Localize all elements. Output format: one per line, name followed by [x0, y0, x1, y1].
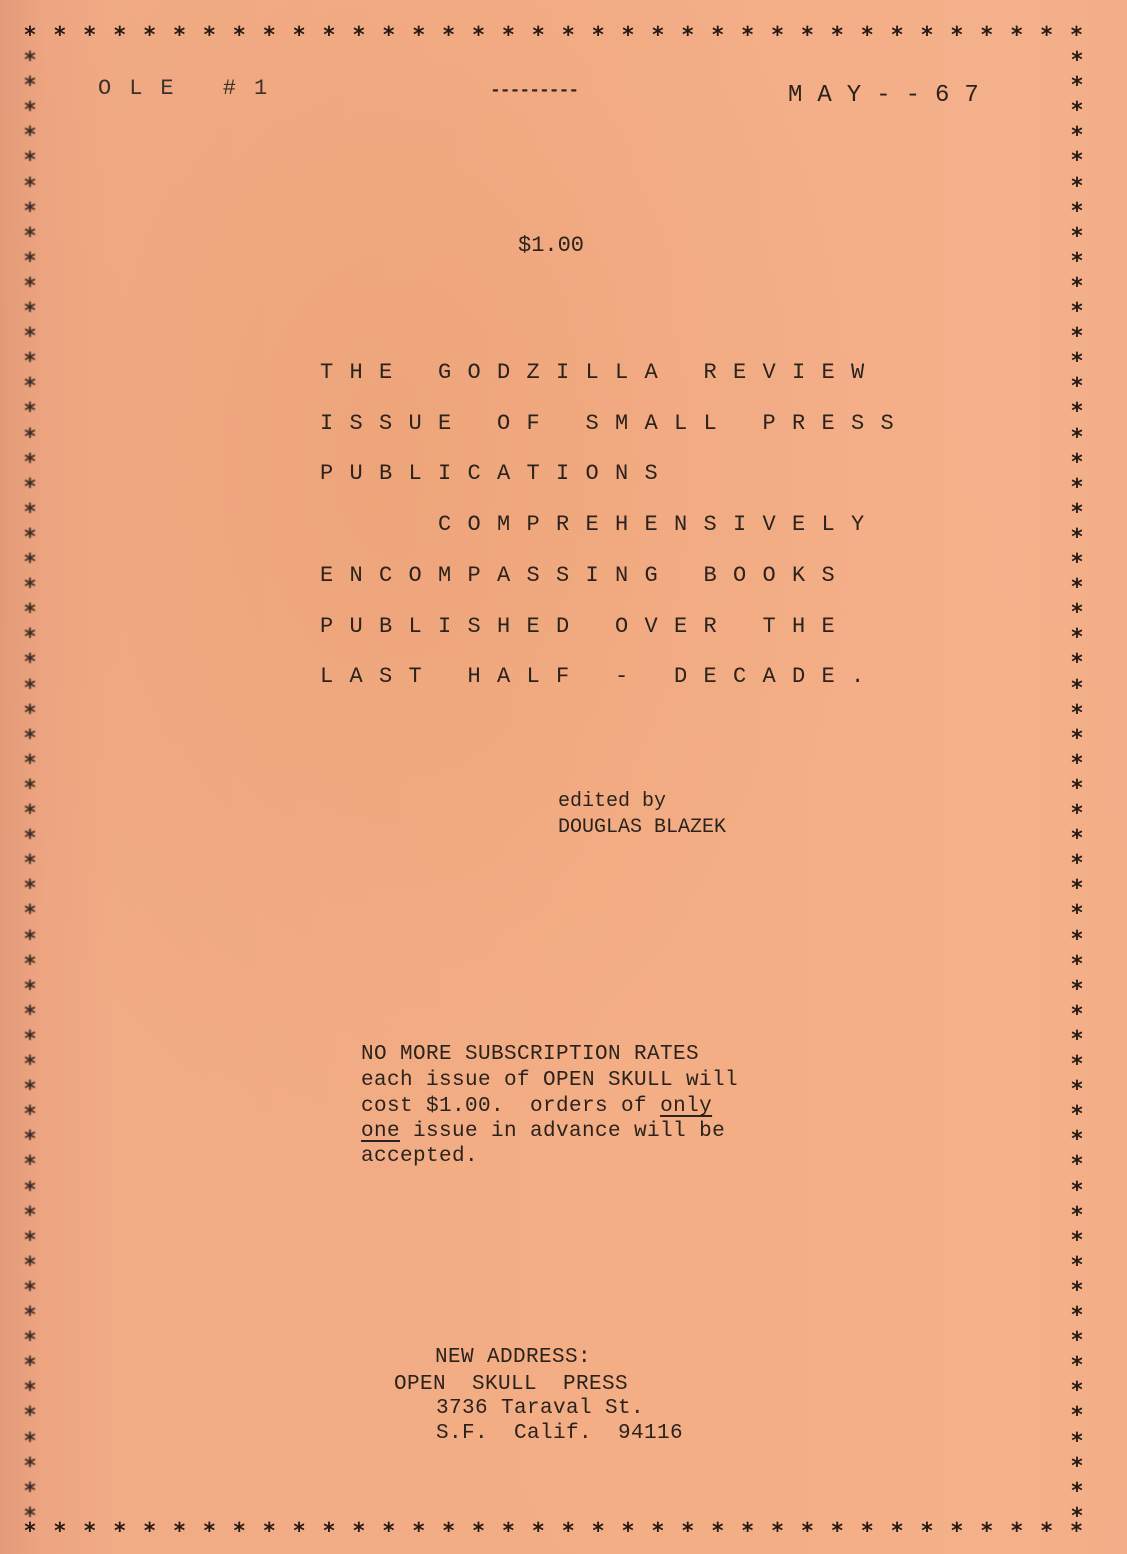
border-asterisk: * [23, 1129, 36, 1151]
border-asterisk: * [143, 25, 156, 47]
border-asterisk: * [53, 1521, 66, 1543]
border-asterisk: * [23, 1205, 36, 1227]
border-asterisk: * [1070, 954, 1083, 976]
border-asterisk: * [23, 828, 36, 850]
border-asterisk: * [23, 201, 36, 223]
border-asterisk: * [23, 100, 36, 122]
border-asterisk: * [23, 50, 36, 72]
title-line-6: PUBLISHED OVER THE [320, 616, 851, 638]
notice-line-5: accepted. [361, 1146, 478, 1167]
border-asterisk: * [472, 25, 485, 47]
address-heading: NEW ADDRESS: [435, 1347, 591, 1368]
border-asterisk: * [23, 376, 36, 398]
border-asterisk: * [1070, 1230, 1083, 1252]
border-asterisk: * [1070, 251, 1083, 273]
notice-line-2: each issue of OPEN SKULL will [361, 1070, 738, 1091]
border-asterisk: * [1070, 427, 1083, 449]
border-asterisk: * [23, 125, 36, 147]
border-asterisk: * [23, 1380, 36, 1402]
border-asterisk: * [263, 25, 276, 47]
border-asterisk: * [1040, 25, 1053, 47]
border-asterisk: * [1070, 50, 1083, 72]
border-asterisk: * [1070, 652, 1083, 674]
border-asterisk: * [23, 477, 36, 499]
border-asterisk: * [1070, 929, 1083, 951]
border-asterisk: * [1070, 903, 1083, 925]
border-asterisk: * [23, 1104, 36, 1126]
border-asterisk: * [1070, 226, 1083, 248]
border-asterisk: * [621, 1521, 634, 1543]
border-asterisk: * [113, 1521, 126, 1543]
border-asterisk: * [203, 25, 216, 47]
border-asterisk: * [1070, 100, 1083, 122]
border-asterisk: * [23, 527, 36, 549]
border-asterisk: * [1070, 326, 1083, 348]
border-asterisk: * [1070, 527, 1083, 549]
border-asterisk: * [23, 502, 36, 524]
border-asterisk: * [23, 1054, 36, 1076]
border-asterisk: * [980, 1521, 993, 1543]
border-asterisk: * [1070, 125, 1083, 147]
border-asterisk: * [1070, 502, 1083, 524]
border-asterisk: * [1070, 778, 1083, 800]
border-asterisk: * [23, 150, 36, 172]
border-asterisk: * [1070, 1355, 1083, 1377]
border-asterisk: * [741, 1521, 754, 1543]
border-asterisk: * [1070, 1079, 1083, 1101]
border-asterisk: * [322, 1521, 335, 1543]
border-asterisk: * [890, 1521, 903, 1543]
border-asterisk: * [23, 929, 36, 951]
border-asterisk: * [382, 25, 395, 47]
border-asterisk: * [23, 803, 36, 825]
border-asterisk: * [532, 1521, 545, 1543]
border-asterisk: * [711, 1521, 724, 1543]
title-line-2: ISSUE OF SMALL PRESS [320, 413, 910, 435]
border-asterisk: * [1070, 1431, 1083, 1453]
border-asterisk: * [1070, 1380, 1083, 1402]
border-asterisk: * [23, 853, 36, 875]
border-asterisk: * [263, 1521, 276, 1543]
border-asterisk: * [1070, 201, 1083, 223]
border-asterisk: * [23, 1481, 36, 1503]
border-asterisk: * [861, 25, 874, 47]
border-asterisk: * [23, 1079, 36, 1101]
border-asterisk: * [83, 1521, 96, 1543]
border-asterisk: * [23, 427, 36, 449]
border-asterisk: * [890, 25, 903, 47]
border-asterisk: * [831, 25, 844, 47]
border-asterisk: * [322, 25, 335, 47]
border-asterisk: * [292, 25, 305, 47]
border-asterisk: * [1070, 376, 1083, 398]
border-asterisk: * [801, 25, 814, 47]
border-asterisk: * [23, 1506, 36, 1528]
border-asterisk: * [23, 301, 36, 323]
border-asterisk: * [23, 75, 36, 97]
border-asterisk: * [442, 25, 455, 47]
border-asterisk: * [1070, 176, 1083, 198]
underlined-only: only [660, 1095, 712, 1118]
border-asterisk: * [23, 979, 36, 1001]
border-asterisk: * [1070, 803, 1083, 825]
address-city: S.F. Calif. 94116 [436, 1423, 683, 1444]
border-asterisk: * [23, 1456, 36, 1478]
border-asterisk: * [1070, 728, 1083, 750]
border-asterisk: * [23, 25, 36, 47]
border-asterisk: * [1070, 25, 1083, 47]
border-asterisk: * [412, 1521, 425, 1543]
border-asterisk: * [173, 1521, 186, 1543]
border-asterisk: * [352, 25, 365, 47]
border-asterisk: * [532, 25, 545, 47]
border-asterisk: * [502, 25, 515, 47]
border-asterisk: * [442, 1521, 455, 1543]
title-line-3: PUBLICATIONS [320, 463, 674, 485]
border-asterisk: * [23, 1154, 36, 1176]
border-asterisk: * [23, 903, 36, 925]
border-asterisk: * [1070, 351, 1083, 373]
border-asterisk: * [651, 25, 664, 47]
border-asterisk: * [950, 25, 963, 47]
underlined-one: one [361, 1120, 400, 1143]
notice-line-3: cost $1.00. orders of only [361, 1096, 712, 1117]
border-asterisk: * [711, 25, 724, 47]
border-asterisk: * [23, 1255, 36, 1277]
border-asterisk: * [23, 1330, 36, 1352]
border-asterisk: * [233, 25, 246, 47]
border-asterisk: * [1070, 1456, 1083, 1478]
border-asterisk: * [23, 728, 36, 750]
border-asterisk: * [920, 25, 933, 47]
border-asterisk: * [113, 25, 126, 47]
border-asterisk: * [23, 703, 36, 725]
border-asterisk: * [23, 1004, 36, 1026]
issue-label: OLE #1 [98, 78, 285, 100]
border-asterisk: * [23, 954, 36, 976]
border-asterisk: * [1070, 1255, 1083, 1277]
title-line-5: ENCOMPASSING BOOKS [320, 565, 851, 587]
border-asterisk: * [23, 401, 36, 423]
border-asterisk: * [23, 753, 36, 775]
border-asterisk: * [1070, 1506, 1083, 1528]
border-asterisk: * [1070, 1004, 1083, 1026]
title-line-4: COMPREHENSIVELY [320, 514, 881, 536]
border-asterisk: * [1070, 1280, 1083, 1302]
border-asterisk: * [1070, 753, 1083, 775]
border-asterisk: * [1070, 1029, 1083, 1051]
border-asterisk: * [23, 878, 36, 900]
border-asterisk: * [771, 25, 784, 47]
border-asterisk: * [741, 25, 754, 47]
border-asterisk: * [1070, 1054, 1083, 1076]
border-asterisk: * [621, 25, 634, 47]
border-asterisk: * [23, 577, 36, 599]
border-asterisk: * [591, 1521, 604, 1543]
border-asterisk: * [1070, 75, 1083, 97]
border-asterisk: * [1070, 1481, 1083, 1503]
border-asterisk: * [950, 1521, 963, 1543]
border-asterisk: * [1070, 703, 1083, 725]
border-asterisk: * [771, 1521, 784, 1543]
border-asterisk: * [1070, 1330, 1083, 1352]
border-asterisk: * [1010, 25, 1023, 47]
border-asterisk: * [173, 25, 186, 47]
border-asterisk: * [1070, 602, 1083, 624]
issue-date: MAY--67 [788, 84, 994, 108]
border-asterisk: * [1070, 1104, 1083, 1126]
border-asterisk: * [23, 1180, 36, 1202]
border-asterisk: * [502, 1521, 515, 1543]
border-asterisk: * [651, 1521, 664, 1543]
border-asterisk: * [23, 1431, 36, 1453]
border-asterisk: * [23, 251, 36, 273]
border-asterisk: * [562, 25, 575, 47]
border-asterisk: * [23, 1280, 36, 1302]
notice-line-4: one issue in advance will be [361, 1121, 725, 1142]
border-asterisk: * [1070, 627, 1083, 649]
border-asterisk: * [831, 1521, 844, 1543]
border-asterisk: * [23, 1405, 36, 1427]
border-asterisk: * [591, 25, 604, 47]
border-asterisk: * [1070, 276, 1083, 298]
border-asterisk: * [1010, 1521, 1023, 1543]
border-asterisk: * [23, 778, 36, 800]
title-line-7: LAST HALF - DECADE. [320, 666, 881, 688]
border-asterisk: * [23, 452, 36, 474]
edited-by-label: edited by [558, 792, 666, 812]
border-asterisk: * [1070, 1154, 1083, 1176]
border-asterisk: * [23, 602, 36, 624]
border-asterisk: * [352, 1521, 365, 1543]
border-asterisk: * [1070, 1180, 1083, 1202]
price: $1.00 [518, 235, 584, 257]
border-asterisk: * [1070, 150, 1083, 172]
border-asterisk: * [1070, 853, 1083, 875]
border-asterisk: * [23, 276, 36, 298]
border-asterisk: * [23, 678, 36, 700]
border-asterisk: * [861, 1521, 874, 1543]
border-asterisk: * [562, 1521, 575, 1543]
border-asterisk: * [23, 351, 36, 373]
title-line-1: THE GODZILLA REVIEW [320, 362, 881, 384]
border-asterisk: * [1070, 401, 1083, 423]
border-asterisk: * [23, 176, 36, 198]
border-asterisk: * [1070, 1129, 1083, 1151]
border-asterisk: * [23, 552, 36, 574]
address-street: 3736 Taraval St. [436, 1398, 644, 1419]
border-asterisk: * [53, 25, 66, 47]
border-asterisk: * [1070, 301, 1083, 323]
border-asterisk: * [1070, 577, 1083, 599]
border-asterisk: * [233, 1521, 246, 1543]
notice-line-4-text: issue in advance will be [400, 1120, 725, 1143]
border-asterisk: * [1070, 678, 1083, 700]
border-asterisk: * [23, 226, 36, 248]
border-asterisk: * [472, 1521, 485, 1543]
border-asterisk: * [1070, 878, 1083, 900]
border-asterisk: * [980, 25, 993, 47]
border-asterisk: * [801, 1521, 814, 1543]
border-asterisk: * [143, 1521, 156, 1543]
border-asterisk: * [1070, 1405, 1083, 1427]
border-asterisk: * [1070, 1205, 1083, 1227]
cover-page: ************************************ ***… [0, 0, 1127, 1554]
border-asterisk: * [681, 1521, 694, 1543]
notice-line-1: NO MORE SUBSCRIPTION RATES [361, 1044, 699, 1065]
border-asterisk: * [83, 25, 96, 47]
border-asterisk: * [382, 1521, 395, 1543]
header-dash-rule: --------- [490, 82, 578, 100]
border-asterisk: * [23, 627, 36, 649]
border-asterisk: * [412, 25, 425, 47]
border-asterisk: * [203, 1521, 216, 1543]
notice-line-3-text: cost $1.00. orders of [361, 1095, 660, 1118]
address-press-name: OPEN SKULL PRESS [394, 1374, 628, 1395]
border-asterisk: * [1070, 552, 1083, 574]
border-asterisk: * [1070, 452, 1083, 474]
border-asterisk: * [1070, 828, 1083, 850]
border-asterisk: * [292, 1521, 305, 1543]
border-asterisk: * [1040, 1521, 1053, 1543]
border-asterisk: * [1070, 1305, 1083, 1327]
border-asterisk: * [23, 1355, 36, 1377]
border-asterisk: * [920, 1521, 933, 1543]
border-asterisk: * [23, 652, 36, 674]
border-asterisk: * [1070, 979, 1083, 1001]
border-asterisk: * [1070, 477, 1083, 499]
border-asterisk: * [23, 326, 36, 348]
editor-name: DOUGLAS BLAZEK [558, 818, 726, 838]
border-asterisk: * [23, 1029, 36, 1051]
border-asterisk: * [681, 25, 694, 47]
border-asterisk: * [23, 1305, 36, 1327]
border-asterisk: * [23, 1230, 36, 1252]
